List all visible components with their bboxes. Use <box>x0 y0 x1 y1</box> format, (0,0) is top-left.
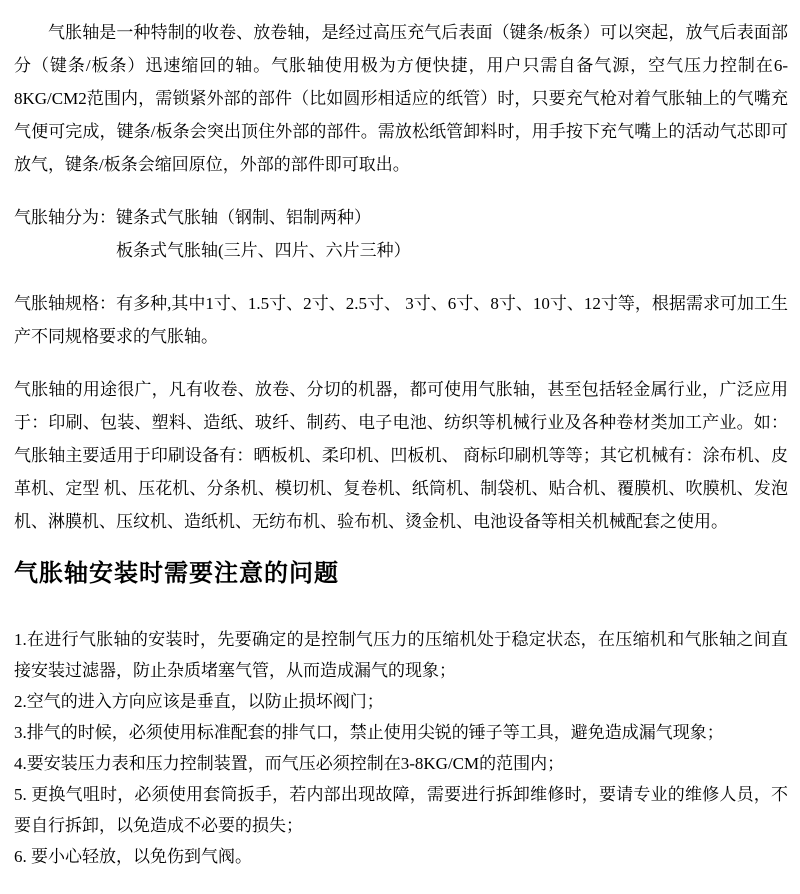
classification-line-plate-type: 板条式气胀轴(三片、四片、六片三种） <box>14 234 788 267</box>
note-item-4: 4.要安装压力表和压力控制装置，而气压必须控制在3-8KG/CM的范围内； <box>14 748 788 779</box>
installation-notes-heading: 气胀轴安装时需要注意的问题 <box>14 558 788 590</box>
document-page: 气胀轴是一种特制的收卷、放卷轴，是经过高压充气后表面（键条/板条）可以突起，放气… <box>0 0 800 882</box>
note-item-3: 3.排气的时候，必须使用标准配套的排气口，禁止使用尖锐的锤子等工具，避免造成漏气… <box>14 717 788 748</box>
classification-block: 气胀轴分为：键条式气胀轴（钢制、铝制两种） 板条式气胀轴(三片、四片、六片三种） <box>14 201 788 267</box>
note-item-2: 2.空气的进入方向应该是垂直，以防止损坏阀门； <box>14 686 788 717</box>
note-item-6: 6. 要小心轻放，以免伤到气阀。 <box>14 841 788 872</box>
specs-paragraph: 气胀轴规格：有多种,其中1寸、1.5寸、2寸、2.5寸、 3寸、6寸、8寸、10… <box>14 287 788 353</box>
note-item-5: 5. 更换气咀时，必须使用套筒扳手，若内部出现故障，需要进行拆卸维修时，要请专业… <box>14 779 788 841</box>
usage-paragraph: 气胀轴的用途很广，凡有收卷、放卷、分切的机器，都可使用气胀轴，甚至包括轻金属行业… <box>14 373 788 538</box>
intro-paragraph: 气胀轴是一种特制的收卷、放卷轴，是经过高压充气后表面（键条/板条）可以突起，放气… <box>14 16 788 181</box>
note-item-1: 1.在进行气胀轴的安装时，先要确定的是控制气压力的压缩机处于稳定状态，在压缩机和… <box>14 624 788 686</box>
installation-notes-list: 1.在进行气胀轴的安装时，先要确定的是控制气压力的压缩机处于稳定状态，在压缩机和… <box>14 624 788 872</box>
classification-line-key-type: 气胀轴分为：键条式气胀轴（钢制、铝制两种） <box>14 201 788 234</box>
